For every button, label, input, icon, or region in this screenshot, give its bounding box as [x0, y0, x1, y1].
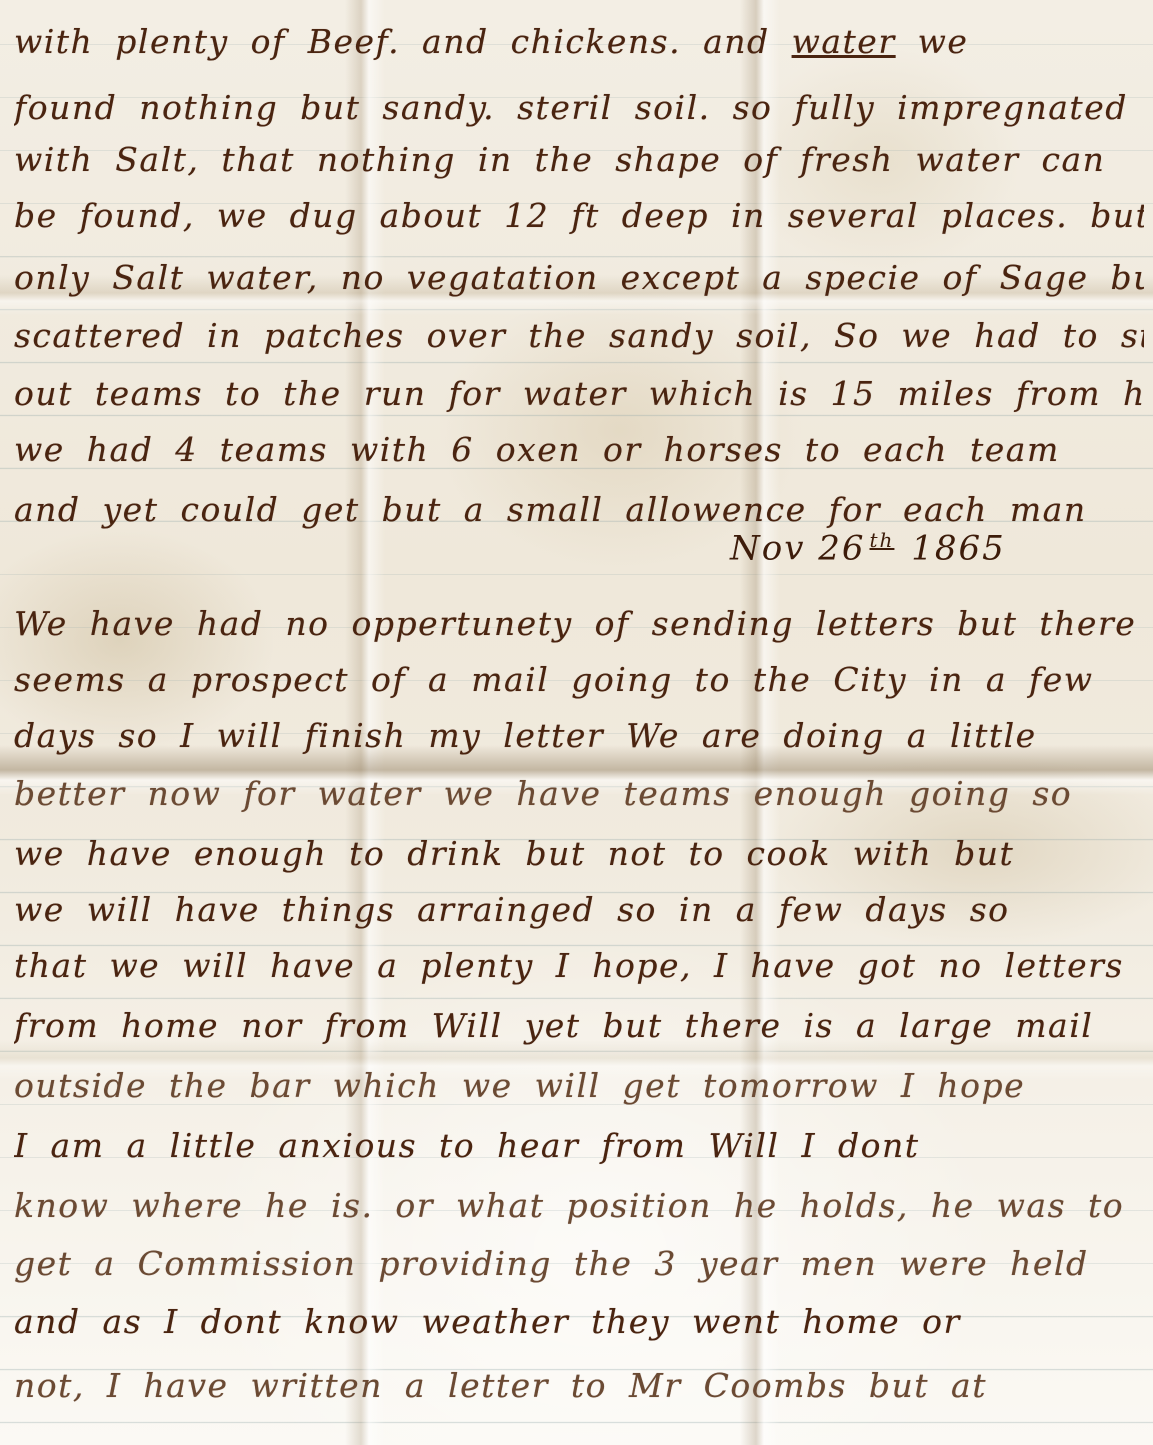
letter-line-10: We have had no oppertunety of sending le…: [14, 604, 1144, 643]
letter-line-1: with plenty of Beef. and chickens. and w…: [14, 22, 1144, 61]
letter-line-4: be found, we dug about 12 ft deep in sev…: [14, 196, 1144, 235]
letter-line-8: we had 4 teams with 6 oxen or horses to …: [14, 430, 1144, 469]
letter-body: with plenty of Beef. and chickens. and w…: [0, 0, 1153, 1445]
letter-line-2: found nothing but sandy. steril soil. so…: [14, 88, 1144, 127]
date-month: Nov: [730, 528, 805, 568]
letter-line-18: outside the bar which we will get tomorr…: [14, 1066, 1144, 1105]
letter-date: Nov 26th 1865: [730, 528, 1006, 568]
underlined-word: water: [792, 22, 896, 61]
letter-page: with plenty of Beef. and chickens. and w…: [0, 0, 1153, 1445]
letter-line-19: I am a little anxious to hear from Will …: [14, 1126, 1144, 1165]
date-suffix: th: [870, 528, 895, 552]
letter-line-3: with Salt, that nothing in the shape of …: [14, 140, 1144, 179]
letter-line-12: days so I will finish my letter We are d…: [14, 716, 1144, 755]
letter-line-22: and as I dont know weather they went hom…: [14, 1302, 1144, 1341]
letter-line-7: out teams to the run for water which is …: [14, 374, 1144, 413]
letter-line-13: better now for water we have teams enoug…: [14, 774, 1144, 813]
date-year: 1865: [911, 528, 1006, 568]
letter-line-14: we have enough to drink but not to cook …: [14, 834, 1144, 873]
letter-line-21: get a Commission providing the 3 year me…: [14, 1244, 1144, 1283]
letter-line-16: that we will have a plenty I hope, I hav…: [14, 946, 1144, 985]
letter-line-17: from home nor from Will yet but there is…: [14, 1006, 1144, 1045]
letter-line-5: only Salt water, no vegatation except a …: [14, 258, 1144, 297]
date-day: 26: [818, 528, 865, 568]
letter-line-23: not, I have written a letter to Mr Coomb…: [14, 1366, 1144, 1405]
letter-line-20: know where he is. or what position he ho…: [14, 1186, 1144, 1225]
letter-line-11: seems a prospect of a mail going to the …: [14, 660, 1144, 699]
letter-line-9: and yet could get but a small allowence …: [14, 490, 1144, 529]
letter-line-6: scattered in patches over the sandy soil…: [14, 316, 1144, 355]
letter-line-15: we will have things arrainged so in a fe…: [14, 890, 1144, 929]
